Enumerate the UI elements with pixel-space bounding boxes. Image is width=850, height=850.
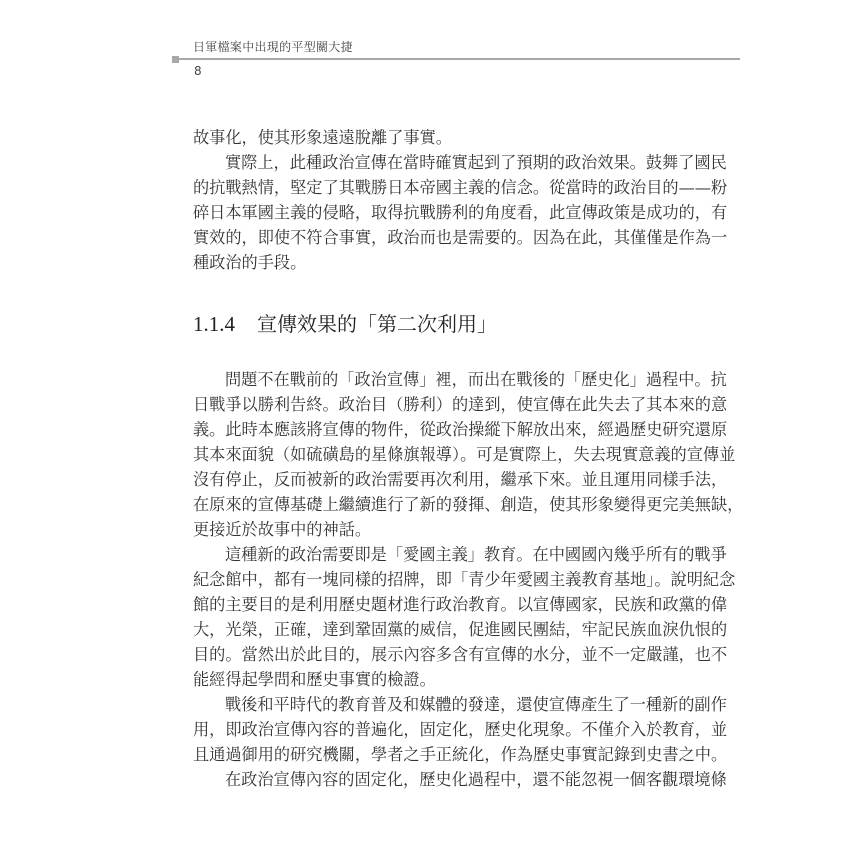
text-line: 且通過御用的研究機關，學者之手正統化，作為歷史事實記錄到史書之中。 [193, 742, 659, 767]
text-line: 在政治宣傳內容的固定化，歷史化過程中，還不能忽視一個客觀環境條 [193, 767, 659, 792]
header-rule-marker [172, 56, 179, 63]
text-line: 在原來的宣傳基礎上繼續進行了新的發揮、創造，使其形象變得更完美無缺， [193, 492, 659, 517]
text-line: 實效的，即使不符合事實，政治而也是需要的。因為在此，其僅僅是作為一 [193, 225, 659, 250]
text-line: 這種新的政治需要即是「愛國主義」教育。在中國國內幾乎所有的戰爭 [193, 542, 659, 567]
page-number: 8 [194, 64, 202, 78]
text-line: 用，即政治宣傳內容的普遍化，固定化，歷史化現象。不僅介入於教育，並 [193, 717, 659, 742]
text-line: 故事化，使其形象遠遠脫離了事實。 [193, 125, 659, 150]
paragraph: 問題不在戰前的「政治宣傳」裡，而出在戰後的「歷史化」過程中。抗 日戰爭以勝利告終… [193, 367, 659, 792]
text-line: 問題不在戰前的「政治宣傳」裡，而出在戰後的「歷史化」過程中。抗 [193, 367, 659, 392]
text-line: 日戰爭以勝利告終。政治目（勝利）的達到，使宣傳在此失去了其本來的意 [193, 392, 659, 417]
section-number: 1.1.4 [193, 312, 235, 336]
text-line: 紀念館中，都有一塊同樣的招牌，即「青少年愛國主義教育基地」。說明紀念 [193, 567, 659, 592]
text-line: 大，光榮，正確，達到鞏固黨的威信，促進國民團結，牢記民族血淚仇恨的 [193, 617, 659, 642]
text-line: 義。此時本應該將宣傳的物件，從政治操縱下解放出來，經過歷史研究還原 [193, 417, 659, 442]
text-line: 其本來面貌（如硫磺島的星條旗報導）。可是實際上，失去現實意義的宣傳並 [193, 442, 659, 467]
text-line: 沒有停止，反而被新的政治需要再次利用，繼承下來。並且運用同樣手法， [193, 467, 659, 492]
text-line: 館的主要目的是利用歷史題材進行政治教育。以宣傳國家，民族和政黨的偉 [193, 592, 659, 617]
text-line: 更接近於故事中的神話。 [193, 517, 659, 542]
section-title: 宣傳效果的「第二次利用」 [257, 312, 497, 336]
section-heading: 1.1.4宣傳效果的「第二次利用」 [193, 308, 497, 337]
text-line: 目的。當然出於此目的，展示內容多含有宣傳的水分，並不一定嚴謹，也不 [193, 642, 659, 667]
text-line: 戰後和平時代的教育普及和媒體的發達，還使宣傳產生了一種新的副作 [193, 692, 659, 717]
running-head: 日軍檔案中出現的平型關大捷 [193, 38, 353, 55]
header-rule [179, 58, 740, 60]
paragraph-block-1: 故事化，使其形象遠遠脫離了事實。 實際上，此種政治宣傳在當時確實起到了預期的政治… [193, 125, 659, 275]
text-line: 種政治的手段。 [193, 250, 659, 275]
text-line: 能經得起學問和歷史事實的檢證。 [193, 667, 659, 692]
text-line: 碎日本軍國主義的侵略，取得抗戰勝利的角度看，此宣傳政策是成功的，有 [193, 200, 659, 225]
text-line: 實際上，此種政治宣傳在當時確實起到了預期的政治效果。鼓舞了國民 [193, 150, 659, 175]
text-line: 的抗戰熱情，堅定了其戰勝日本帝國主義的信念。從當時的政治目的——粉 [193, 175, 659, 200]
